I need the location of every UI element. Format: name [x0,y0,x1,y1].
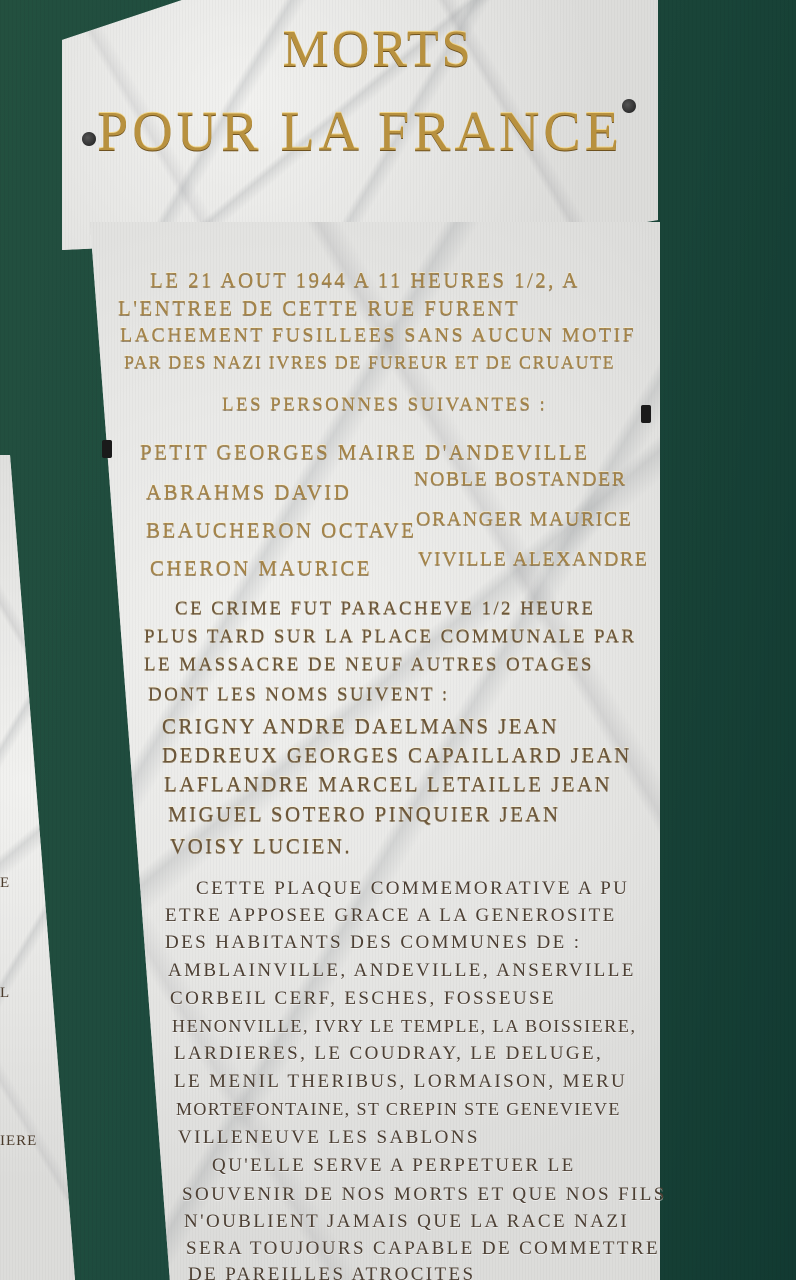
hostage-names: DEDREUX GEORGES CAPAILLARD JEAN [162,743,632,768]
hostage-names: MIGUEL SOTERO PINQUIER JEAN [168,802,560,827]
victim-name: ORANGER MAURICE [416,508,632,531]
side-fragment: IERE [0,1133,37,1150]
closing-line: QU'ELLE SERVE A PERPETUER LE [212,1155,576,1177]
side-fragment: L [0,985,10,1002]
header-plaque: MORTS POUR LA FRANCE [62,0,658,250]
victim-name: CHERON MAURICE [150,556,372,581]
dedication-line: CETTE PLAQUE COMMEMORATIVE A PU [196,878,629,900]
intro-line: LES PERSONNES SUIVANTES : [222,394,547,416]
intro-line: LACHEMENT FUSILLEES SANS AUCUN MOTIF [120,324,636,347]
intro-line: LE 21 AOUT 1944 A 11 HEURES 1/2, A [150,268,580,293]
intro-line: L'ENTREE DE CETTE RUE FURENT [118,296,520,321]
paragraph-line: PLUS TARD SUR LA PLACE COMMUNALE PAR [144,626,636,648]
mounting-clip [641,405,651,423]
plaque-title-line2: POUR LA FRANCE [62,100,658,164]
intro-line: PAR DES NAZI IVRES DE FUREUR ET DE CRUAU… [124,352,615,373]
dedication-line: HENONVILLE, IVRY LE TEMPLE, LA BOISSIERE… [172,1016,637,1037]
closing-line: DE PAREILLES ATROCITES [188,1264,476,1280]
dedication-line: DES HABITANTS DES COMMUNES DE : [165,932,581,954]
victim-header: PETIT GEORGES MAIRE D'ANDEVILLE [140,440,589,465]
closing-line: N'OUBLIENT JAMAIS QUE LA RACE NAZI [184,1211,629,1233]
victim-name: ABRAHMS DAVID [146,480,351,505]
closing-line: SOUVENIR DE NOS MORTS ET QUE NOS FILS [182,1184,667,1206]
side-plaque: E L IERE [0,455,75,1280]
side-fragment: E [0,875,10,892]
hostage-names: VOISY LUCIEN. [170,834,352,859]
victim-name: NOBLE BOSTANDER [414,468,627,491]
paragraph-line: LE MASSACRE DE NEUF AUTRES OTAGES [144,654,594,676]
dedication-line: ETRE APPOSEE GRACE A LA GENEROSITE [165,905,617,927]
dedication-line: CORBEIL CERF, ESCHES, FOSSEUSE [170,988,556,1010]
paragraph-line: CE CRIME FUT PARACHEVE 1/2 HEURE [175,598,595,620]
closing-line: SERA TOUJOURS CAPABLE DE COMMETTRE [186,1238,660,1260]
victim-name: VIVILLE ALEXANDRE [418,548,648,571]
plaque-title-line1: MORTS [80,20,676,79]
dedication-line: LARDIERES, LE COUDRAY, LE DELUGE, [174,1043,603,1065]
paragraph-line: DONT LES NOMS SUIVENT : [148,684,450,706]
dedication-line: VILLENEUVE LES SABLONS [178,1127,480,1149]
victim-name: BEAUCHERON OCTAVE [146,518,416,543]
mounting-clip [102,440,112,458]
dedication-line: LE MENIL THERIBUS, LORMAISON, MERU [174,1071,627,1093]
dedication-line: AMBLAINVILLE, ANDEVILLE, ANSERVILLE [168,960,636,982]
dedication-line: MORTEFONTAINE, ST CREPIN STE GENEVIEVE [176,1099,621,1120]
hostage-names: CRIGNY ANDRE DAELMANS JEAN [162,714,559,739]
hostage-names: LAFLANDRE MARCEL LETAILLE JEAN [164,772,612,797]
